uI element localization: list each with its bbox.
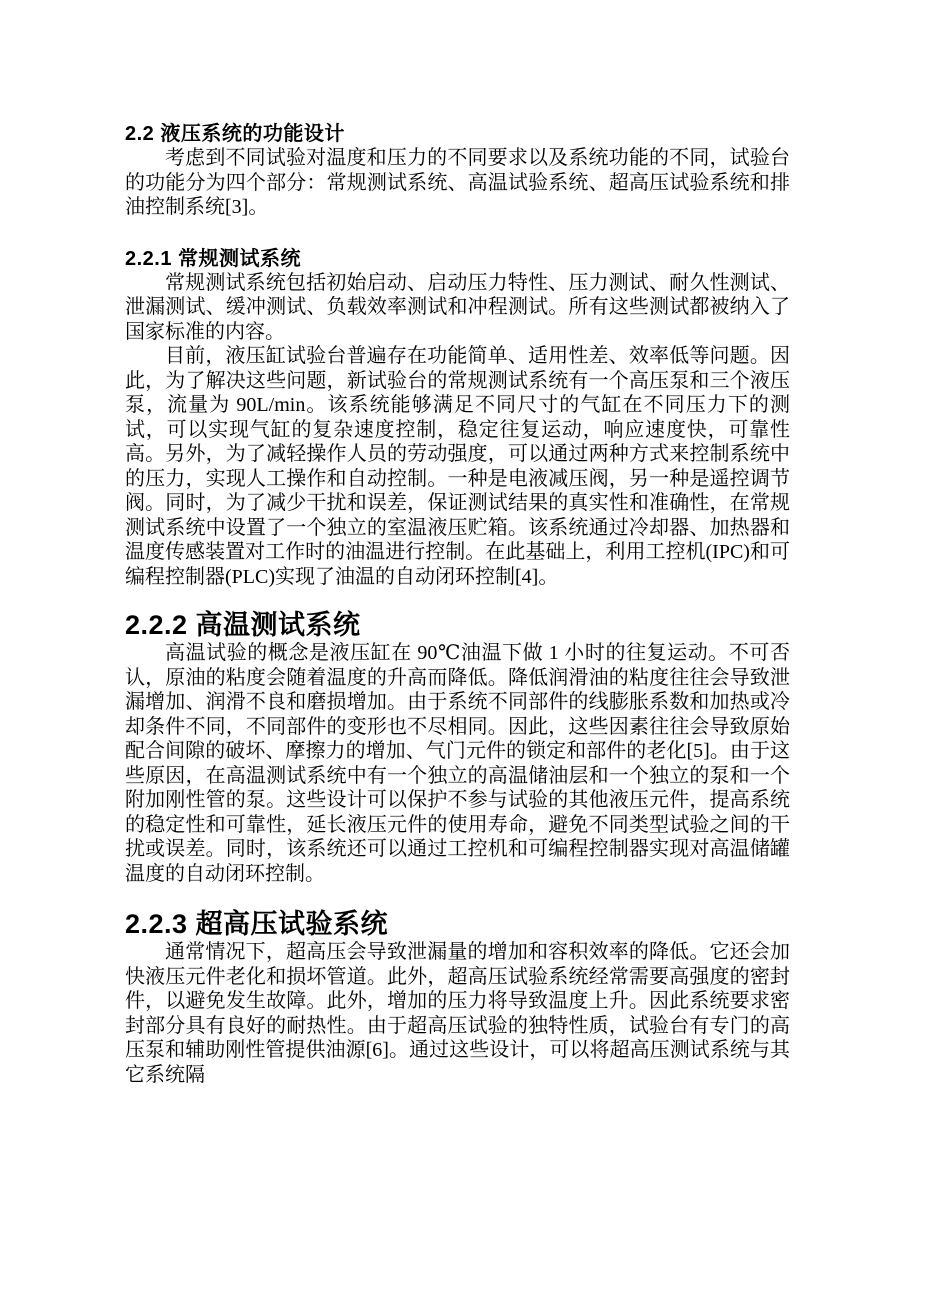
paragraph-2-2-3: 通常情况下，超高压会导致泄漏量的增加和容积效率的降低。它还会加快液压元件老化和损… (125, 940, 790, 1087)
section-heading-2-2: 2.2 液压系统的功能设计 (125, 122, 790, 146)
paragraph-2-2-1-a: 常规测试系统包括初始启动、启动压力特性、压力测试、耐久性测试、泄漏测试、缓冲测试… (125, 271, 790, 345)
section-heading-2-2-3: 2.2.3 超高压试验系统 (125, 908, 790, 940)
text-column: 2.2 液压系统的功能设计 考虑到不同试验对温度和压力的不同要求以及系统功能的不… (125, 122, 790, 1087)
section-heading-2-2-2: 2.2.2 高温测试系统 (125, 609, 790, 641)
section-heading-2-2-1: 2.2.1 常规测试系统 (125, 247, 790, 271)
paragraph-2-2-1-b: 目前，液压缸试验台普遍存在功能简单、适用性差、效率低等问题。因此，为了解决这些问… (125, 344, 790, 589)
document-page: 2.2 液压系统的功能设计 考虑到不同试验对温度和压力的不同要求以及系统功能的不… (0, 0, 926, 1309)
paragraph-2-2-2: 高温试验的概念是液压缸在 90℃油温下做 1 小时的往复运动。不可否认，原油的粘… (125, 641, 790, 886)
paragraph-2-2-intro: 考虑到不同试验对温度和压力的不同要求以及系统功能的不同，试验台的功能分为四个部分… (125, 146, 790, 220)
